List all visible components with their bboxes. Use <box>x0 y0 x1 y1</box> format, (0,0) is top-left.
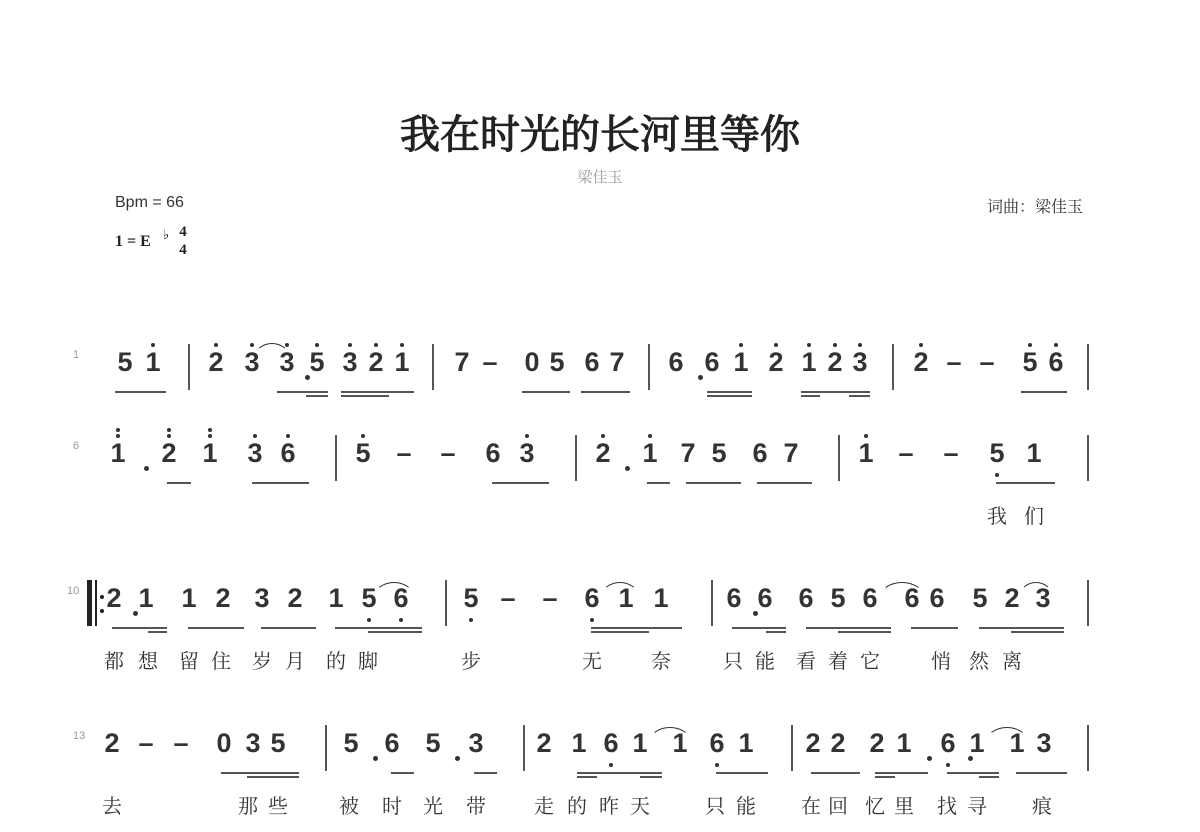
octave-up-dot-icon <box>250 343 254 347</box>
note: 6 <box>1046 347 1066 377</box>
barline <box>838 435 840 481</box>
flat-icon: ♭ <box>163 227 169 243</box>
beam-underline <box>148 631 167 633</box>
barline <box>892 344 894 390</box>
note: 1 <box>569 728 589 758</box>
note: 3 <box>243 728 263 758</box>
lyric-syllable: 的 <box>565 790 589 819</box>
octave-up-dot-icon <box>739 343 743 347</box>
note: 2 <box>104 583 124 613</box>
barline <box>575 435 577 481</box>
lyric-syllable: 想 <box>136 645 160 674</box>
beam-underline <box>875 776 895 778</box>
note: 2 <box>285 583 305 613</box>
note: 5 <box>828 583 848 613</box>
measure-number: 13 <box>73 730 85 742</box>
note: 1 <box>143 347 163 377</box>
note: 1 <box>856 438 876 468</box>
beam-underline <box>707 391 752 393</box>
lyric-syllable: 能 <box>734 790 758 819</box>
lyric-syllable: 留 <box>177 645 201 674</box>
augmentation-dot-icon <box>927 756 932 761</box>
lyric-syllable: 看 <box>794 645 818 674</box>
barline <box>445 580 447 626</box>
lyric-syllable: 里 <box>892 790 916 819</box>
sustain-dash: – <box>977 347 997 377</box>
note: 1 <box>640 438 660 468</box>
lyric-syllable: 忆 <box>863 790 887 819</box>
octave-down-dot-icon <box>995 473 999 477</box>
note: 2 <box>206 347 226 377</box>
note: 7 <box>607 347 627 377</box>
beam-underline <box>581 391 630 393</box>
barline <box>791 725 793 771</box>
note: 6 <box>860 583 880 613</box>
beam-underline <box>474 772 497 774</box>
beam-underline <box>801 391 870 393</box>
note: 2 <box>593 438 613 468</box>
lyric-syllable: 岁 <box>250 645 274 674</box>
note: 7 <box>452 347 472 377</box>
beam-underline <box>757 482 812 484</box>
augmentation-dot-icon <box>753 611 758 616</box>
note: 3 <box>252 583 272 613</box>
beam-underline <box>1011 631 1064 633</box>
beam-underline <box>591 631 649 633</box>
note: 5 <box>359 583 379 613</box>
note: 6 <box>927 583 947 613</box>
barline <box>432 344 434 390</box>
note: 3 <box>340 347 360 377</box>
sustain-dash: – <box>896 438 916 468</box>
augmentation-dot-icon <box>698 375 703 380</box>
beam-underline <box>112 627 167 629</box>
note: 6 <box>755 583 775 613</box>
note: 1 <box>326 583 346 613</box>
octave-up-dot-icon <box>833 343 837 347</box>
beam-underline <box>1021 391 1067 393</box>
beam-underline <box>261 627 316 629</box>
note: 1 <box>1024 438 1044 468</box>
lyric-syllable: 它 <box>858 645 882 674</box>
beam-underline <box>996 482 1055 484</box>
augmentation-dot-icon <box>305 375 310 380</box>
lyric-syllable: 住 <box>209 645 233 674</box>
augmentation-dot-icon <box>373 756 378 761</box>
octave-up-dot-icon <box>208 434 212 438</box>
beam-underline <box>686 482 741 484</box>
sustain-dash: – <box>944 347 964 377</box>
octave-down-dot-icon <box>946 763 950 767</box>
octave-up-dot-icon <box>116 434 120 438</box>
lyric-syllable: 带 <box>464 790 488 819</box>
song-title: 我在时光的长河里等你 <box>0 103 1200 160</box>
beam-underline <box>252 482 309 484</box>
note: 1 <box>731 347 751 377</box>
octave-down-dot-icon <box>367 618 371 622</box>
lyric-syllable: 奈 <box>649 645 673 674</box>
note: 6 <box>750 438 770 468</box>
beam-underline <box>911 627 958 629</box>
note: 2 <box>766 347 786 377</box>
octave-up-dot-icon <box>919 343 923 347</box>
octave-up-dot-icon <box>348 343 352 347</box>
note: 5 <box>547 347 567 377</box>
beam-underline <box>247 776 299 778</box>
octave-up-dot-icon <box>648 434 652 438</box>
artist-name: 梁佳玉 <box>0 166 1200 187</box>
lyric-syllable: 步 <box>459 645 483 674</box>
lyric-syllable: 离 <box>1000 645 1024 674</box>
note: 0 <box>214 728 234 758</box>
note: 2 <box>366 347 386 377</box>
time-signature: 4 4 <box>177 223 189 259</box>
note: 6 <box>702 347 722 377</box>
barline <box>188 344 190 390</box>
lyric-syllable: 光 <box>421 790 445 819</box>
repeat-dot-icon <box>100 595 104 599</box>
octave-up-dot-icon <box>286 434 290 438</box>
note: 5 <box>307 347 327 377</box>
lyric-syllable: 寻 <box>965 790 989 819</box>
octave-down-dot-icon <box>590 618 594 622</box>
note: 5 <box>268 728 288 758</box>
note: 1 <box>108 438 128 468</box>
beam-underline <box>221 772 299 774</box>
sustain-dash: – <box>540 583 560 613</box>
beam-underline <box>947 772 999 774</box>
note: 5 <box>115 347 135 377</box>
lyric-syllable: 痕 <box>1030 790 1054 819</box>
barline <box>335 435 337 481</box>
beam-underline <box>979 627 1064 629</box>
note: 0 <box>522 347 542 377</box>
note: 5 <box>353 438 373 468</box>
lyric-syllable: 只 <box>721 645 745 674</box>
sustain-dash: – <box>480 347 500 377</box>
beam-underline <box>368 631 422 633</box>
beam-underline <box>766 631 786 633</box>
octave-up-dot-icon <box>858 343 862 347</box>
note: 5 <box>987 438 1007 468</box>
lyric-syllable: 的 <box>324 645 348 674</box>
note: 2 <box>1002 583 1022 613</box>
beam-underline <box>640 776 662 778</box>
lyric-syllable: 走 <box>532 790 556 819</box>
beam-underline <box>277 391 328 393</box>
beam-underline <box>306 395 328 397</box>
beam-underline <box>801 395 820 397</box>
beam-underline <box>647 482 670 484</box>
note: 6 <box>483 438 503 468</box>
beam-underline <box>167 482 191 484</box>
octave-up-dot-icon <box>1028 343 1032 347</box>
augmentation-dot-icon <box>133 611 138 616</box>
beam-underline <box>811 772 860 774</box>
lyric-syllable: 些 <box>266 790 290 819</box>
note: 1 <box>179 583 199 613</box>
sustain-dash: – <box>498 583 518 613</box>
note: 2 <box>828 728 848 758</box>
beam-underline <box>522 391 570 393</box>
lyric-syllable: 都 <box>102 645 126 674</box>
note: 7 <box>781 438 801 468</box>
beam-underline <box>188 627 244 629</box>
sustain-dash: – <box>171 728 191 758</box>
note: 1 <box>136 583 156 613</box>
barline <box>1087 344 1089 390</box>
octave-up-dot-icon <box>151 343 155 347</box>
sustain-dash: – <box>438 438 458 468</box>
beam-underline <box>707 395 752 397</box>
lyric-syllable: 悄 <box>929 645 953 674</box>
beam-underline <box>577 776 597 778</box>
lyric-syllable: 我 <box>985 500 1009 529</box>
note: 5 <box>341 728 361 758</box>
note: 1 <box>799 347 819 377</box>
octave-up-dot-icon <box>285 343 289 347</box>
note: 1 <box>392 347 412 377</box>
beam-underline <box>577 772 662 774</box>
augmentation-dot-icon <box>455 756 460 761</box>
measure-number: 1 <box>73 349 79 361</box>
note: 7 <box>678 438 698 468</box>
lyric-syllable: 脚 <box>356 645 380 674</box>
barline <box>1087 435 1089 481</box>
lyric-syllable: 月 <box>283 645 307 674</box>
barline <box>523 725 525 771</box>
lyric-syllable: 去 <box>100 790 124 819</box>
barline <box>1087 580 1089 626</box>
octave-up-dot-icon <box>774 343 778 347</box>
sustain-dash: – <box>394 438 414 468</box>
note: 2 <box>534 728 554 758</box>
note: 3 <box>1034 728 1054 758</box>
lyric-syllable: 被 <box>337 790 361 819</box>
octave-up-dot-icon <box>167 428 171 432</box>
note: 6 <box>278 438 298 468</box>
note: 3 <box>517 438 537 468</box>
augmentation-dot-icon <box>968 756 973 761</box>
measure-number: 6 <box>73 440 79 452</box>
note: 6 <box>666 347 686 377</box>
note: 5 <box>423 728 443 758</box>
repeat-dot-icon <box>100 609 104 613</box>
lyric-syllable: 只 <box>703 790 727 819</box>
beam-underline <box>979 776 999 778</box>
note: 6 <box>938 728 958 758</box>
octave-up-dot-icon <box>400 343 404 347</box>
octave-up-dot-icon <box>253 434 257 438</box>
octave-up-dot-icon <box>116 428 120 432</box>
octave-up-dot-icon <box>864 434 868 438</box>
note: 2 <box>825 347 845 377</box>
note: 2 <box>911 347 931 377</box>
sustain-dash: – <box>941 438 961 468</box>
time-sig-top: 4 <box>177 223 189 241</box>
note: 3 <box>245 438 265 468</box>
note: 6 <box>582 583 602 613</box>
beam-underline <box>492 482 549 484</box>
beam-underline <box>849 395 870 397</box>
octave-up-dot-icon <box>1054 343 1058 347</box>
octave-up-dot-icon <box>208 428 212 432</box>
note: 5 <box>970 583 990 613</box>
repeat-start-thin-bar <box>95 580 97 626</box>
octave-up-dot-icon <box>525 434 529 438</box>
beam-underline <box>341 395 389 397</box>
note: 6 <box>724 583 744 613</box>
lyric-syllable: 找 <box>935 790 959 819</box>
lyric-syllable: 能 <box>753 645 777 674</box>
lyric-syllable: 在 <box>799 790 823 819</box>
octave-up-dot-icon <box>167 434 171 438</box>
octave-up-dot-icon <box>214 343 218 347</box>
octave-down-dot-icon <box>469 618 473 622</box>
beam-underline <box>341 391 414 393</box>
time-sig-bottom: 4 <box>177 241 189 259</box>
octave-down-dot-icon <box>609 763 613 767</box>
beam-underline <box>716 772 768 774</box>
key-label: 1 = E <box>115 233 151 251</box>
note: 5 <box>709 438 729 468</box>
beam-underline <box>806 627 891 629</box>
beam-underline <box>838 631 891 633</box>
note: 3 <box>850 347 870 377</box>
note: 6 <box>582 347 602 377</box>
barline <box>1087 725 1089 771</box>
beam-underline <box>591 627 682 629</box>
note: 2 <box>867 728 887 758</box>
note: 5 <box>461 583 481 613</box>
beam-underline <box>1016 772 1067 774</box>
beam-underline <box>732 627 786 629</box>
octave-down-dot-icon <box>399 618 403 622</box>
tempo-marking: Bpm = 66 <box>115 194 184 212</box>
note: 6 <box>382 728 402 758</box>
octave-up-dot-icon <box>361 434 365 438</box>
lyric-syllable: 们 <box>1022 500 1046 529</box>
note: 2 <box>213 583 233 613</box>
octave-down-dot-icon <box>715 763 719 767</box>
lyric-syllable: 时 <box>380 790 404 819</box>
composer-credit: 词曲：梁佳玉 <box>987 194 1083 217</box>
beam-underline <box>115 391 166 393</box>
barline <box>648 344 650 390</box>
lyric-syllable: 着 <box>826 645 850 674</box>
note: 6 <box>707 728 727 758</box>
lyric-syllable: 无 <box>580 645 604 674</box>
beam-underline <box>391 772 414 774</box>
augmentation-dot-icon <box>625 466 630 471</box>
repeat-start-thick-bar <box>87 580 92 626</box>
octave-up-dot-icon <box>807 343 811 347</box>
measure-number: 10 <box>67 585 79 597</box>
beam-underline <box>335 627 422 629</box>
note: 2 <box>803 728 823 758</box>
note: 2 <box>159 438 179 468</box>
note: 6 <box>601 728 621 758</box>
note: 1 <box>200 438 220 468</box>
note: 1 <box>967 728 987 758</box>
note: 2 <box>102 728 122 758</box>
note: 1 <box>736 728 756 758</box>
barline <box>325 725 327 771</box>
lyric-syllable: 昨 <box>597 790 621 819</box>
note: 5 <box>1020 347 1040 377</box>
lyric-syllable: 天 <box>628 790 652 819</box>
lyric-syllable: 那 <box>236 790 260 819</box>
sustain-dash: – <box>136 728 156 758</box>
note: 1 <box>651 583 671 613</box>
augmentation-dot-icon <box>144 466 149 471</box>
octave-up-dot-icon <box>315 343 319 347</box>
note: 1 <box>630 728 650 758</box>
note: 3 <box>466 728 486 758</box>
octave-up-dot-icon <box>374 343 378 347</box>
note: 6 <box>796 583 816 613</box>
note: 1 <box>894 728 914 758</box>
beam-underline <box>875 772 928 774</box>
lyric-syllable: 回 <box>826 790 850 819</box>
barline <box>711 580 713 626</box>
octave-up-dot-icon <box>601 434 605 438</box>
lyric-syllable: 然 <box>967 645 991 674</box>
